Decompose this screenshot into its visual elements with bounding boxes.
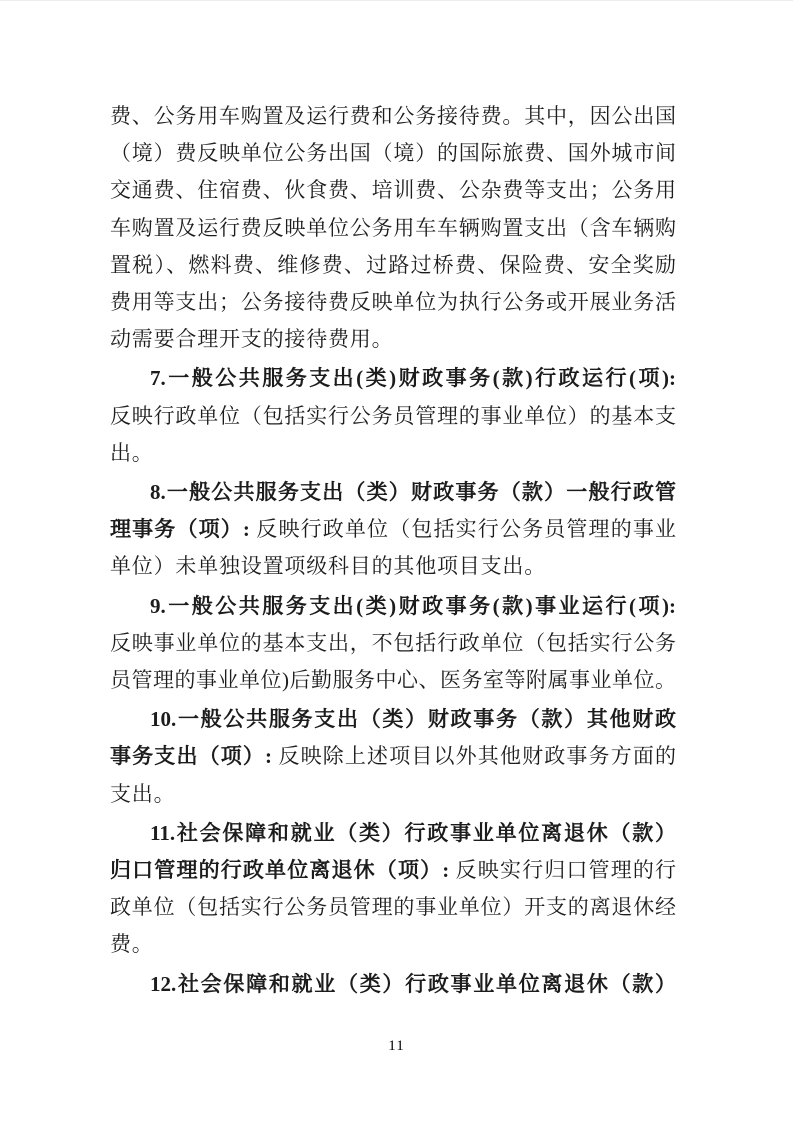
heading-segment: 理事务（项）:	[110, 517, 250, 541]
text-segment: 单位）未单独设置项级科目的其他项目支出。	[110, 554, 546, 578]
text-segment: 政单位（包括实行公务员管理的事业单位）开支的离退休经	[110, 895, 676, 919]
paragraph: 12.社会保障和就业（类）行政事业单位离退休（款）	[110, 966, 676, 1003]
text-segment: （境）费反映单位公务出国（境）的国际旅费、国外城市间	[110, 141, 676, 165]
text-segment: 费、公务用车购置及运行费和公务接待费。其中，因公出国	[110, 104, 676, 128]
text-segment: 置税）、燃料费、维修费、过路过桥费、保险费、安全奖励	[110, 253, 676, 277]
heading-segment: 9.一般公共服务支出(类)财政事务(款)事业运行(项):	[150, 594, 676, 618]
text-segment: 动需要合理开支的接待费用。	[110, 327, 393, 351]
text-line: 理事务（项）: 反映行政单位（包括实行公务员管理的事业	[110, 511, 676, 548]
text-segment: 反映除上述项目以外其他财政事务方面的	[272, 744, 676, 768]
text-line: 支出。	[110, 776, 676, 813]
text-segment: 员管理的事业单位)后勤服务中心、医务室等附属事业单位。	[110, 668, 676, 692]
text-line: 归口管理的行政单位离退休（项）: 反映实行归口管理的行	[110, 852, 676, 889]
heading-segment: 8.一般公共服务支出（类）财政事务（款）一般行政管	[150, 480, 676, 504]
text-line: 事务支出（项）: 反映除上述项目以外其他财政事务方面的	[110, 738, 676, 775]
text-segment: 费用等支出；公务接待费反映单位为执行公务或开展业务活	[110, 290, 676, 314]
heading-segment: 12.社会保障和就业（类）行政事业单位离退休（款）	[150, 972, 676, 996]
paragraph: 10.一般公共服务支出（类）财政事务（款）其他财政事务支出（项）: 反映除上述项…	[110, 701, 676, 813]
text-line: 12.社会保障和就业（类）行政事业单位离退休（款）	[110, 966, 676, 1003]
text-segment: 反映行政单位（包括实行公务员管理的事业单位）的基本支	[110, 404, 676, 428]
text-segment: 反映事业单位的基本支出，不包括行政单位（包括实行公务	[110, 631, 676, 655]
text-line: 10.一般公共服务支出（类）财政事务（款）其他财政	[110, 701, 676, 738]
text-line: 反映事业单位的基本支出，不包括行政单位（包括实行公务	[110, 625, 676, 662]
document-body: 费、公务用车购置及运行费和公务接待费。其中，因公出国（境）费反映单位公务出国（境…	[110, 98, 676, 1003]
text-line: 车购置及运行费反映单位公务用车车辆购置支出（含车辆购	[110, 210, 676, 247]
text-line: 费。	[110, 926, 676, 963]
page-number: 11	[0, 1038, 793, 1055]
paragraph: 9.一般公共服务支出(类)财政事务(款)事业运行(项):反映事业单位的基本支出，…	[110, 588, 676, 700]
paragraph: 费、公务用车购置及运行费和公务接待费。其中，因公出国（境）费反映单位公务出国（境…	[110, 98, 676, 358]
heading-segment: 7.一般公共服务支出(类)财政事务(款)行政运行(项):	[150, 366, 676, 390]
text-line: 反映行政单位（包括实行公务员管理的事业单位）的基本支	[110, 398, 676, 435]
text-line: 出。	[110, 435, 676, 472]
text-line: 9.一般公共服务支出(类)财政事务(款)事业运行(项):	[110, 588, 676, 625]
text-line: 费、公务用车购置及运行费和公务接待费。其中，因公出国	[110, 98, 676, 135]
paragraph: 7.一般公共服务支出(类)财政事务(款)行政运行(项):反映行政单位（包括实行公…	[110, 360, 676, 472]
text-line: （境）费反映单位公务出国（境）的国际旅费、国外城市间	[110, 135, 676, 172]
text-line: 置税）、燃料费、维修费、过路过桥费、保险费、安全奖励	[110, 247, 676, 284]
text-segment: 支出。	[110, 782, 175, 806]
text-line: 8.一般公共服务支出（类）财政事务（款）一般行政管	[110, 474, 676, 511]
document-page: 费、公务用车购置及运行费和公务接待费。其中，因公出国（境）费反映单位公务出国（境…	[0, 0, 793, 1122]
text-segment: 出。	[110, 441, 154, 465]
heading-segment: 事务支出（项）:	[110, 744, 272, 768]
text-line: 单位）未单独设置项级科目的其他项目支出。	[110, 548, 676, 585]
text-line: 动需要合理开支的接待费用。	[110, 321, 676, 358]
text-line: 11.社会保障和就业（类）行政事业单位离退休（款）	[110, 815, 676, 852]
paragraph: 11.社会保障和就业（类）行政事业单位离退休（款）归口管理的行政单位离退休（项）…	[110, 815, 676, 964]
text-segment: 费。	[110, 932, 154, 956]
paragraph: 8.一般公共服务支出（类）财政事务（款）一般行政管理事务（项）: 反映行政单位（…	[110, 474, 676, 586]
text-line: 费用等支出；公务接待费反映单位为执行公务或开展业务活	[110, 284, 676, 321]
text-line: 7.一般公共服务支出(类)财政事务(款)行政运行(项):	[110, 360, 676, 397]
text-line: 员管理的事业单位)后勤服务中心、医务室等附属事业单位。	[110, 662, 676, 699]
heading-segment: 10.一般公共服务支出（类）财政事务（款）其他财政	[150, 707, 676, 731]
text-line: 交通费、住宿费、伙食费、培训费、公杂费等支出；公务用	[110, 172, 676, 209]
text-segment: 车购置及运行费反映单位公务用车车辆购置支出（含车辆购	[110, 216, 676, 240]
text-segment: 反映行政单位（包括实行公务员管理的事业	[250, 517, 676, 541]
text-segment: 交通费、住宿费、伙食费、培训费、公杂费等支出；公务用	[110, 178, 676, 202]
heading-segment: 归口管理的行政单位离退休（项）:	[110, 858, 449, 882]
text-line: 政单位（包括实行公务员管理的事业单位）开支的离退休经	[110, 889, 676, 926]
heading-segment: 11.社会保障和就业（类）行政事业单位离退休（款）	[150, 821, 676, 845]
text-segment: 反映实行归口管理的行	[449, 858, 676, 882]
